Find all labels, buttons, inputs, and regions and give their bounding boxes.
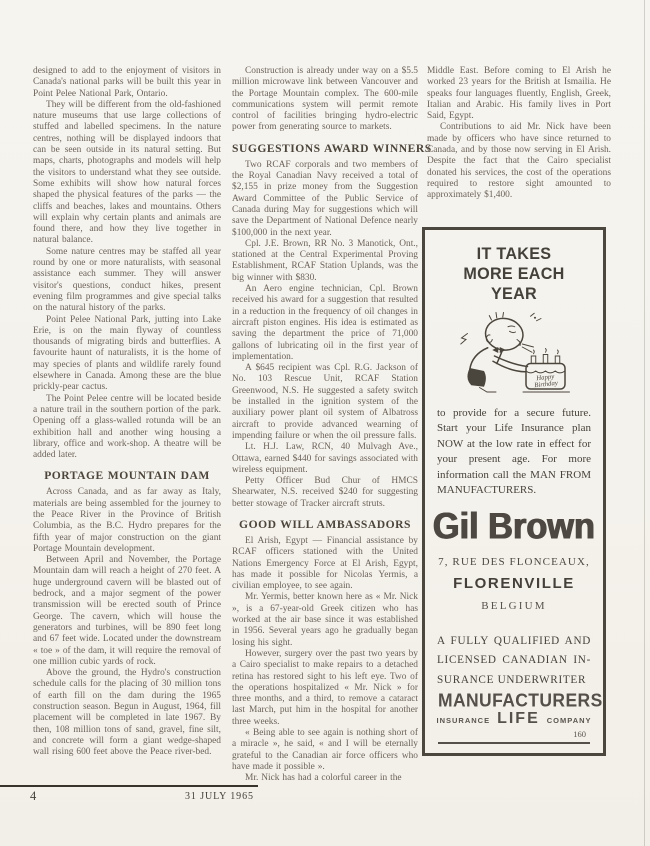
trousers [467, 368, 485, 387]
paragraph: « Being able to see again is nothing sho… [232, 728, 418, 773]
logo-word-insurance: INSURANCE [436, 716, 490, 725]
section-heading-portage-mountain-dam: PORTAGE MOUNTAIN DAM [33, 469, 221, 482]
section-heading-good-will-ambassadors: GOOD WILL AMBASSADORS [232, 518, 418, 531]
paragraph: However, surgery over the past two years… [232, 649, 418, 728]
paragraph: designed to add to the enjoyment of visi… [33, 66, 221, 100]
paragraph: Some nature centres may be staffed all y… [33, 247, 221, 315]
blow-lines [522, 344, 533, 352]
scan-edge-line [644, 0, 645, 846]
paragraph: Across Canada, and as far away as Italy,… [33, 487, 221, 555]
logo-word-life: LIFE [497, 710, 540, 728]
paragraph: They will be different from the old-fash… [33, 100, 221, 247]
leg [480, 388, 497, 393]
footer-date: 31 JULY 1965 [185, 791, 254, 802]
birthday-cake-cartoon: Happy Birthday [438, 311, 590, 397]
candle [531, 356, 536, 364]
footer-rule [0, 785, 258, 787]
paragraph: Middle East. Before coming to El Arish h… [427, 66, 611, 122]
ad-headline-line2: MORE EACH YEAR [440, 264, 588, 304]
paragraph: Point Pelee National Park, jutting into … [33, 315, 221, 394]
paragraph: Mr. Nick has had a colorful career in th… [232, 773, 418, 784]
section-heading-suggestions-award-winners: SUGGESTIONS AWARD WINNERS [232, 142, 418, 155]
ad-headline: IT TAKES MORE EACH YEAR [440, 244, 588, 304]
paragraph: Contributions to aid Mr. Nick have been … [427, 122, 611, 201]
motion-mark-icon [461, 334, 468, 345]
candle [543, 355, 548, 364]
candle [555, 356, 560, 364]
paragraph: Lt. H.J. Law, RCN, 40 Mulvagh Ave., Otta… [232, 442, 418, 476]
ad-address-city: FLORENVILLE [453, 575, 575, 592]
candle-flames [534, 349, 559, 354]
ad-agent-name: Gil Brown [433, 505, 595, 545]
manufacturers-life-logo: MANUFACTURERS INSURANCE LIFE COMPANY 160 [436, 690, 592, 744]
paragraph: Petty Officer Bud Chur of HMCS Shearwate… [232, 476, 418, 510]
ad-address-country: BELGIUM [481, 600, 547, 612]
paragraph: Two RCAF corporals and two members of th… [232, 160, 418, 239]
ad-headline-line1: IT TAKES [440, 244, 588, 264]
logo-underline-rule [438, 742, 590, 744]
page-number: 4 [30, 789, 36, 804]
logo-word-company: COMPANY [547, 716, 592, 725]
life-insurance-advertisement: IT TAKES MORE EACH YEAR [422, 227, 606, 756]
paragraph: Between April and November, the Portage … [33, 555, 221, 668]
cake-icing [526, 371, 565, 373]
paragraph: Mr. Yermis, better known here as « Mr. N… [232, 592, 418, 648]
paragraph: An Aero engine technician, Cpl. Brown re… [232, 284, 418, 363]
man-back [470, 348, 488, 370]
man-head [483, 316, 525, 352]
logo-word-manufacturers: MANUFACTURERS [438, 689, 590, 712]
ad-number: 160 [438, 729, 586, 739]
paragraph: El Arish, Egypt — Financial assistance b… [232, 536, 418, 592]
ad-qualification-text: A FULLY QUALIFIED AND LICENSED CANADIAN … [437, 632, 591, 691]
man-arms [493, 356, 528, 372]
paragraph: Construction is already under way on a $… [232, 66, 418, 134]
ad-address-street: 7, RUE DES FLONCEAUX, [438, 556, 590, 568]
paragraph: A $645 recipient was Cpl. R.G. Jackson o… [232, 363, 418, 442]
column-middle: Construction is already under way on a $… [232, 66, 418, 785]
closed-eye [508, 326, 516, 333]
column-right: Middle East. Before coming to El Arish h… [427, 66, 611, 202]
paragraph: Cpl. J.E. Brown, RR No. 3 Manotick, Ont.… [232, 239, 418, 284]
ad-body-text: to provide for a secure future. Start yo… [437, 406, 591, 499]
column-left: designed to add to the enjoyment of visi… [33, 66, 221, 759]
sweat-drops-icon [531, 313, 542, 321]
paragraph: The Point Pelee centre will be located b… [33, 394, 221, 462]
cake-text-line2: Birthday [534, 380, 558, 389]
paragraph: Above the ground, the Hydro's constructi… [33, 668, 221, 758]
